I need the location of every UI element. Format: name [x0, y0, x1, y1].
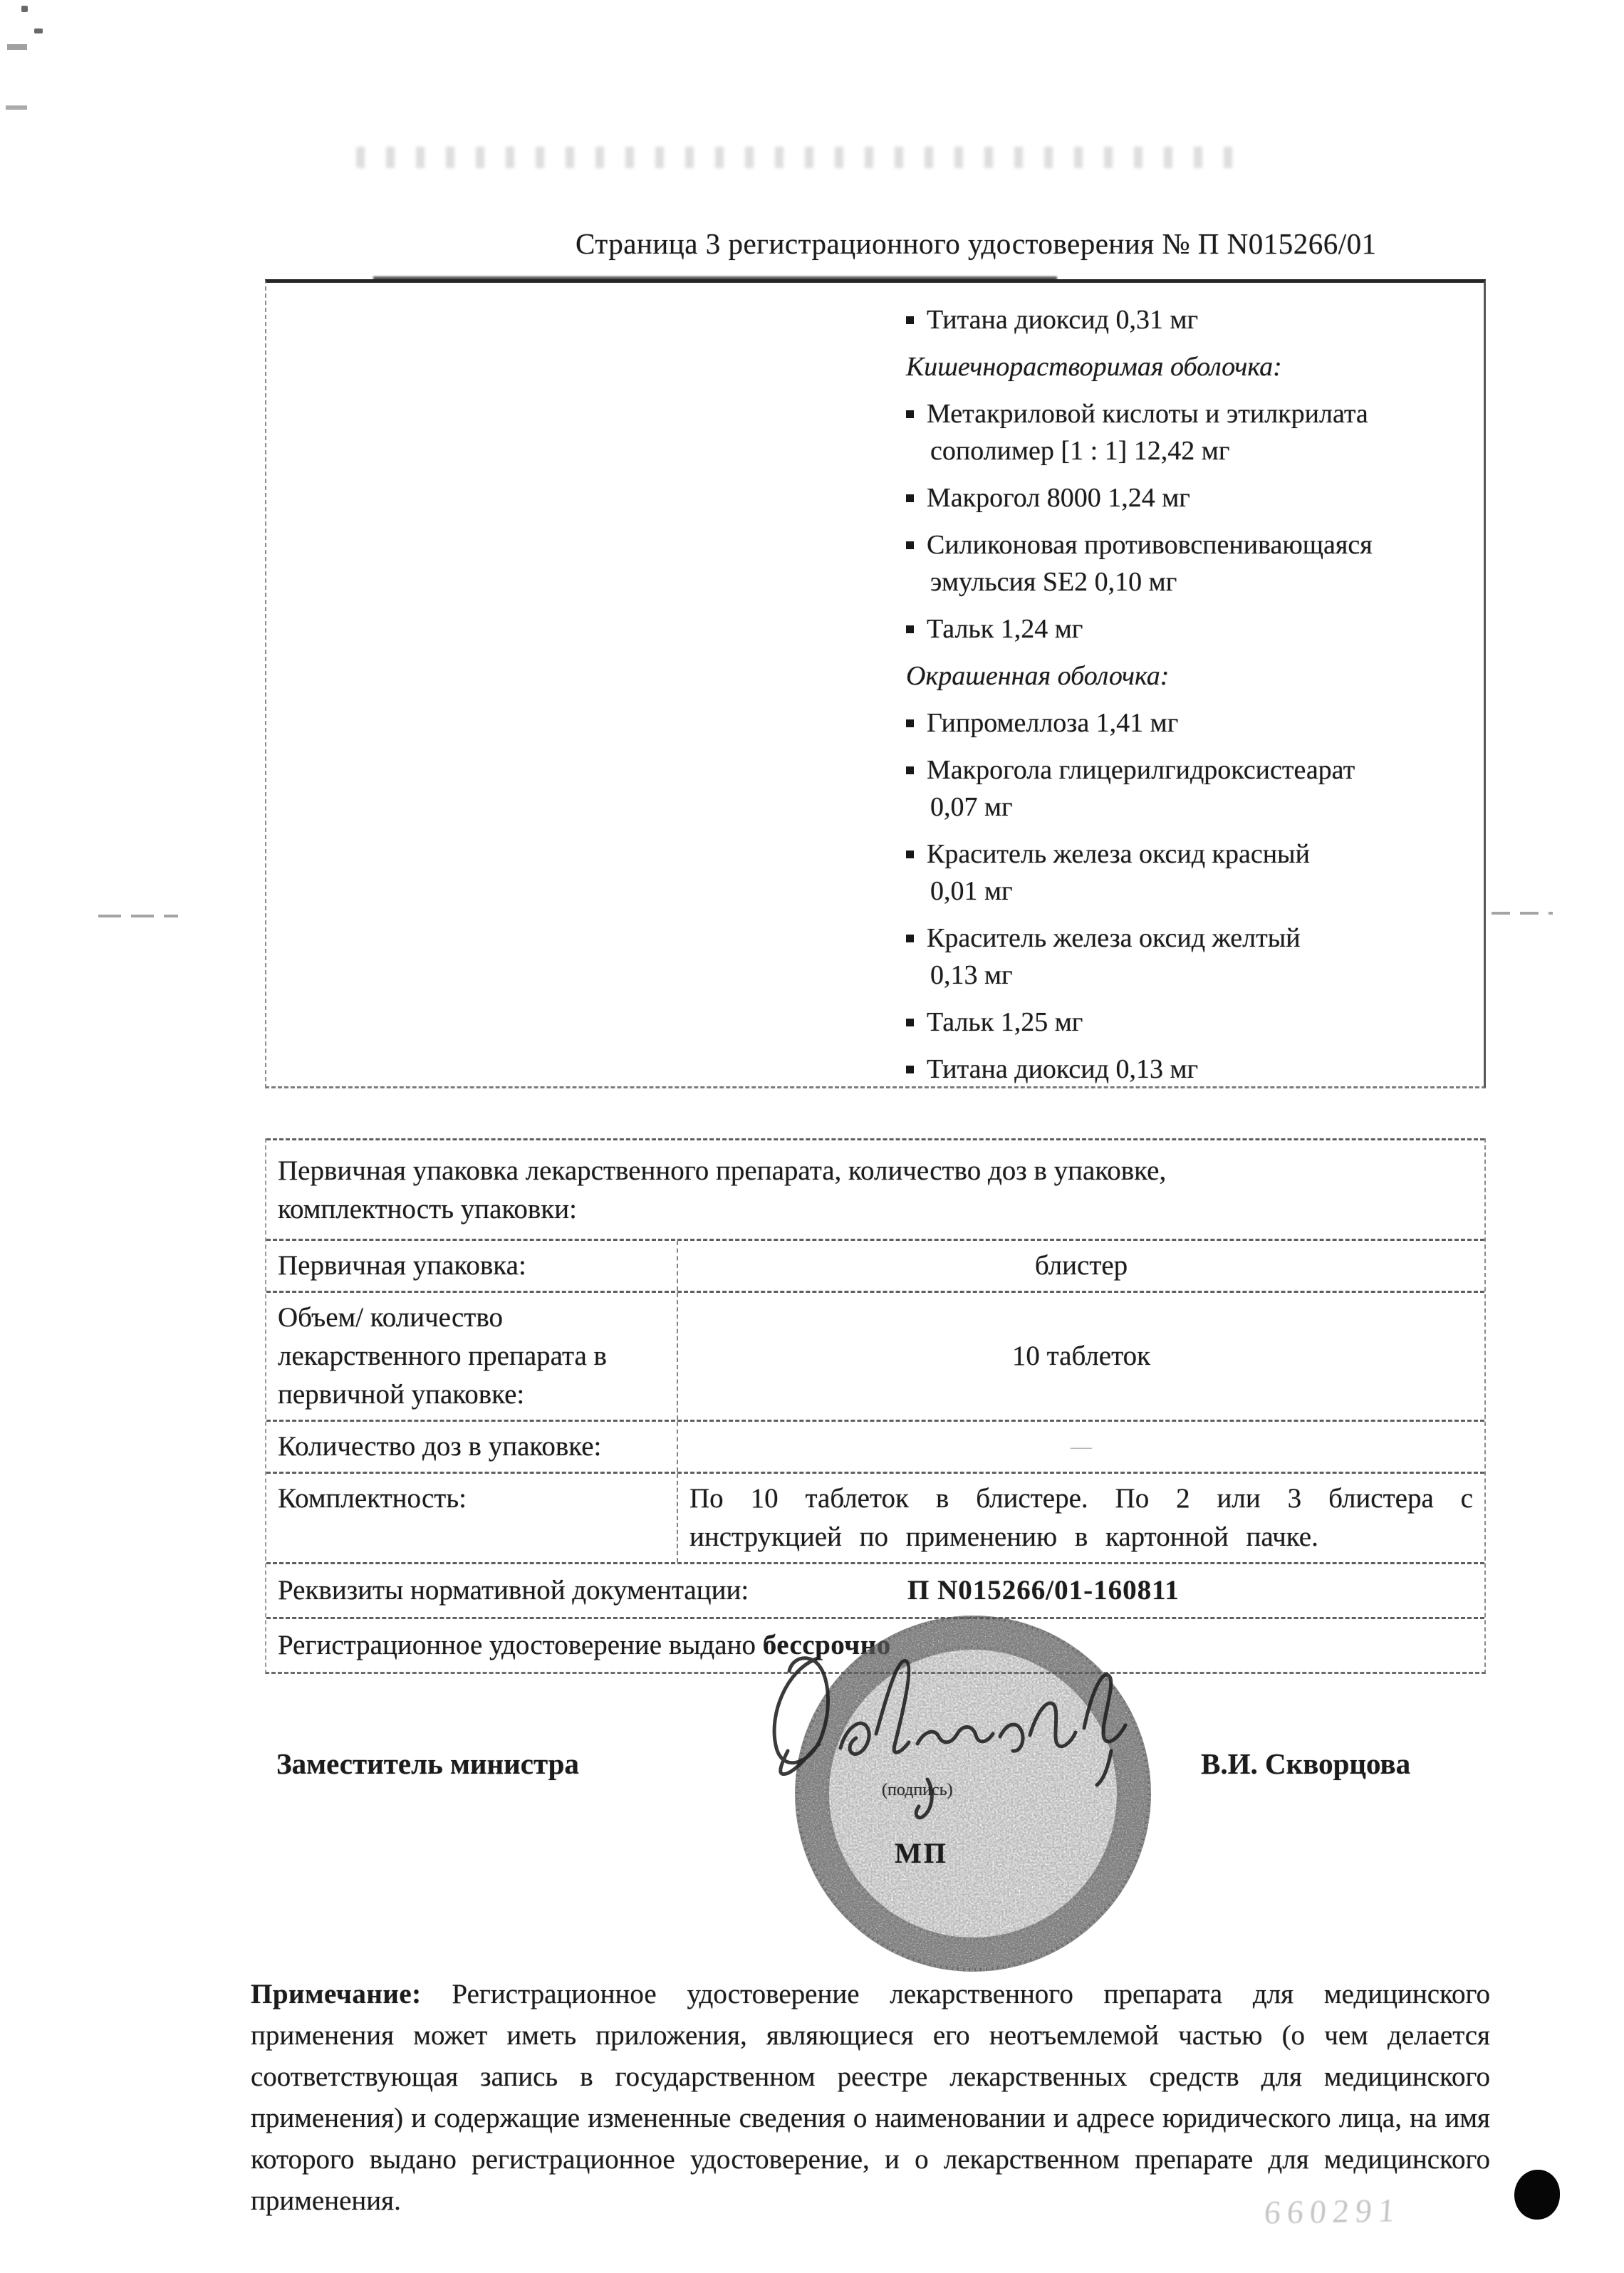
ingredient-item: Тальк 1,25 мг — [906, 1004, 1472, 1041]
row-value: — — [678, 1422, 1484, 1472]
ingredient-item: Краситель железа оксид желтый 0,13 мг — [906, 920, 1472, 994]
ingredient-item: Краситель железа оксид красный 0,01 мг — [906, 836, 1472, 910]
bullet-marker-icon — [906, 719, 914, 727]
ingredient-item: Метакриловой кислоты и этилкрилата сопол… — [906, 395, 1472, 469]
bullet-marker-icon — [906, 1019, 914, 1026]
note-label: Примечание: — [251, 1979, 422, 2009]
row-value: 10 таблеток — [678, 1293, 1484, 1420]
composition-box: Титана диоксид 0,31 мгКишечнорастворимая… — [265, 279, 1486, 1088]
bullet-marker-icon — [906, 766, 914, 774]
bullet-marker-icon — [906, 410, 914, 418]
margin-dash-artifact — [1492, 912, 1553, 915]
table-row: Первичная упаковка лекарственного препар… — [266, 1138, 1484, 1239]
bullet-marker-icon — [906, 1066, 914, 1073]
row-value: П N015266/01-160811 — [907, 1571, 1180, 1610]
packaging-table: Первичная упаковка лекарственного препар… — [265, 1138, 1486, 1674]
ingredient-item: Титана диоксид 0,31 мг — [906, 301, 1472, 338]
scan-speck — [34, 28, 43, 33]
coating-section-heading: Окрашенная оболочка: — [906, 657, 1472, 695]
note-text: Регистрационное удостоверение лекарствен… — [251, 1979, 1490, 2216]
table-row: Объем/ количество лекарственного препара… — [266, 1291, 1484, 1420]
row-label: Регистрационное удостоверение выдано — [278, 1630, 763, 1660]
row-value: По 10 таблеток в блистере. По 2 или 3 бл… — [678, 1474, 1484, 1562]
bullet-marker-icon — [906, 494, 914, 502]
row-value: блистер — [678, 1241, 1484, 1291]
scan-speck — [7, 44, 27, 50]
note-paragraph: Примечание: Регистрационное удостоверени… — [251, 1974, 1490, 2222]
table-row: Первичная упаковка:блистер — [266, 1239, 1484, 1291]
page-title: Страница 3 регистрационного удостоверени… — [576, 227, 1377, 261]
scan-smudge — [356, 147, 1246, 168]
table-row: Количество доз в упаковке:— — [266, 1420, 1484, 1472]
margin-dash-artifact — [98, 915, 178, 917]
ingredient-item: Макрогола глицерилгидроксистеарат 0,07 м… — [906, 751, 1472, 826]
ingredient-list: Титана диоксид 0,31 мгКишечнорастворимая… — [906, 301, 1472, 1098]
signatory-name: В.И. Скворцова — [1201, 1747, 1410, 1781]
ingredient-item: Силиконовая противовспенивающаяся эмульс… — [906, 526, 1472, 600]
ingredient-item: Макрогол 8000 1,24 мг — [906, 479, 1472, 516]
ink-dot — [1514, 2170, 1560, 2220]
scan-speck — [6, 105, 27, 110]
bullet-marker-icon — [906, 851, 914, 858]
row-label: Объем/ количество лекарственного препара… — [266, 1293, 678, 1420]
signature-scribble — [749, 1630, 1148, 1865]
ingredient-item: Титана диоксид 0,13 мг — [906, 1051, 1472, 1088]
signatory-position: Заместитель министра — [276, 1747, 579, 1781]
row-label: Количество доз в упаковке: — [266, 1422, 678, 1472]
coating-section-heading: Кишечнорастворимая оболочка: — [906, 348, 1472, 385]
bullet-marker-icon — [906, 316, 914, 324]
table-row: Комплектность:По 10 таблеток в блистере.… — [266, 1472, 1484, 1562]
scanned-registration-certificate-page: Страница 3 регистрационного удостоверени… — [0, 0, 1624, 2273]
row-label: Реквизиты нормативной документации: — [278, 1575, 749, 1606]
ingredient-item: Гипромеллоза 1,41 мг — [906, 704, 1472, 742]
bullet-marker-icon — [906, 935, 914, 942]
ingredient-item: Тальк 1,24 мг — [906, 610, 1472, 647]
bullet-marker-icon — [906, 625, 914, 633]
table-row: Реквизиты нормативной документации:П N01… — [266, 1562, 1484, 1617]
bullet-marker-icon — [906, 541, 914, 549]
row-label: Комплектность: — [266, 1474, 678, 1562]
row-label: Первичная упаковка: — [266, 1241, 678, 1291]
scan-speck — [21, 6, 28, 12]
